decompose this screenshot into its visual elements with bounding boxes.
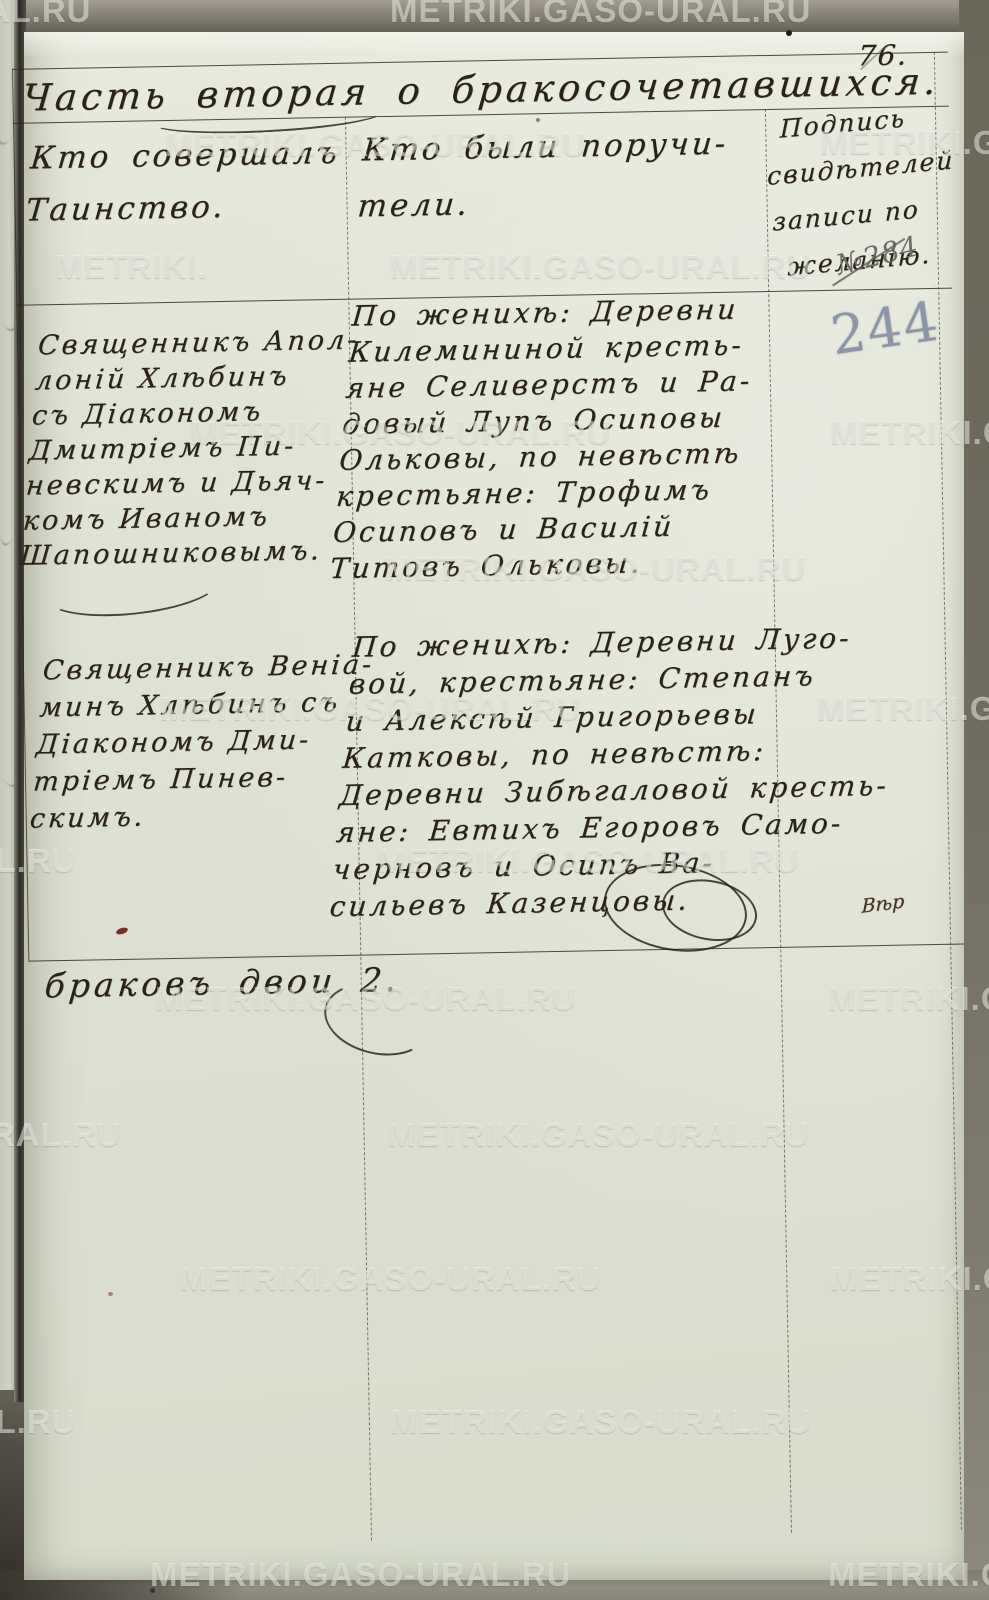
register-page: Часть вторая о бракосочетавшихся. 76. Кт… (24, 32, 964, 1580)
column-header-witnesses: Кто были поручи- тели. (355, 116, 730, 235)
dust-speck (108, 1292, 113, 1296)
entry1-witnesses: По женихѣ: Деревни Килемининой кресть- я… (328, 291, 760, 587)
entry2-officiant: Священникъ Веніа- минъ Хлѣбинъ съ Діакон… (28, 646, 375, 837)
scanned-register-page: Часть вторая о бракосочетавшихся. 76. Кт… (0, 0, 989, 1600)
stamp-number-blue: 244 (827, 290, 944, 368)
verification-mark: Вѣр (861, 890, 904, 917)
dust-speck (150, 1588, 155, 1593)
table-bottom-rule (28, 944, 964, 962)
entry1-officiant: Священникъ Апол- лоній Хлѣбинъ съ Діакон… (18, 322, 361, 573)
dust-speck (536, 118, 540, 122)
column-header-officiant: Кто совершалъ Таинство. (24, 127, 342, 237)
page-content: Часть вторая о бракосочетавшихся. 76. Кт… (9, 16, 977, 1581)
ink-dot (786, 30, 792, 36)
